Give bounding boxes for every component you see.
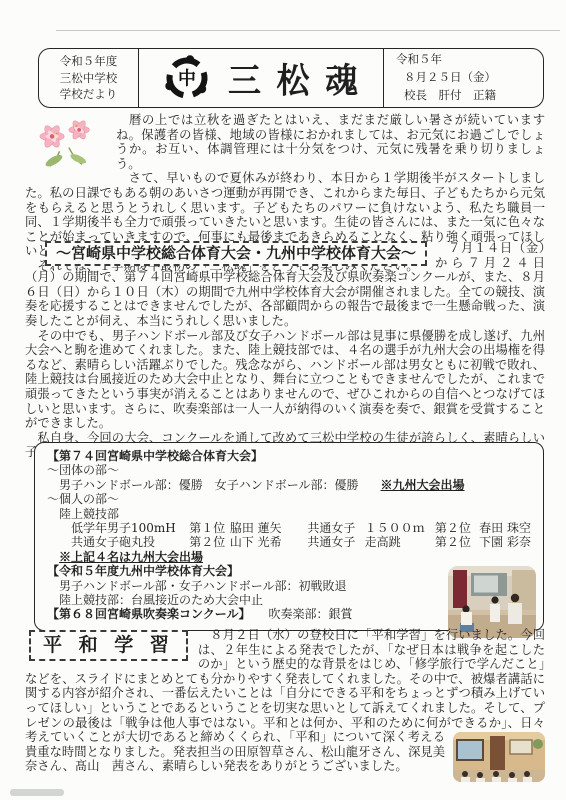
peace-section: 平 和 学 習 ８月２日（水）の登校日に「平和学習」を行いました。今回は、２年生…	[25, 628, 545, 784]
team-results-line: 男子ハンドボール部：優勝 女子ハンドボール部：優勝 ※九州大会出場	[47, 478, 531, 492]
athlete-name: 下園 彩奈	[479, 535, 531, 549]
emblem-magatama-3	[198, 85, 206, 93]
masthead-issue-info: 令和５年度 三松中学校 学校だより	[39, 49, 139, 107]
masthead: 令和５年度 三松中学校 学校だより 中 三 松 魂 令和５年 ８月２５日（金） …	[38, 48, 544, 108]
newsletter-kind: 学校だより	[60, 86, 118, 103]
athlete-name: 脇田 蓮矢	[230, 521, 308, 535]
event-name: 低学年男子100mH	[71, 521, 189, 535]
athlete-name: 春田 珠空	[479, 521, 531, 535]
era-year: 令和５年	[396, 51, 543, 69]
rank: 第２位	[189, 535, 230, 549]
team-results: 男子ハンドボール部：優勝 女子ハンドボール部：優勝	[59, 478, 359, 492]
results-box: 【第７４回宮崎県中学校総合体育大会】 ～団体の部～ 男子ハンドボール部：優勝 女…	[34, 442, 544, 631]
sports-paragraph-2: その中でも、男子ハンドボール部及び女子ハンドボール部は見事に県優勝を成し遂げ、九…	[25, 329, 545, 431]
sports-section: ～宮崎県中学校総合体育大会・九州中学校体育大会～ ７月１４日（金）から７月２４日…	[25, 241, 545, 460]
athlete-name: 山下 光希	[230, 535, 308, 549]
brassband-result: 吹奏楽部：銀賞	[269, 607, 353, 621]
emblem-magatama-2	[165, 82, 173, 90]
lily-flower-clipart	[25, 114, 109, 170]
newsletter-title: 三 松 魂	[228, 53, 360, 102]
masthead-date-principal: 令和５年 ８月２５日（金） 校長 肝付 正籍	[383, 49, 543, 107]
category: 共通女子	[307, 521, 364, 535]
result-row-2: 共通女子砲丸投 第２位 山下 光希 共通女子 走高跳 第２位 下園 彩奈	[47, 535, 531, 549]
rank: 第２位	[435, 535, 479, 549]
peace-body-2: 考えていくことが大切であると締めくくられ、「平和」について深く考える貴重な時間と…	[25, 730, 445, 773]
result-row-1: 低学年男子100mH 第１位 脇田 蓮矢 共通女子 １５００ｍ 第２位 春田 珠…	[47, 521, 531, 535]
scan-artifact-bottom	[10, 789, 64, 796]
results-heading-prefectural: 【第７４回宮崎県中学校総合体育大会】	[47, 449, 531, 463]
event-name: 共通女子砲丸投	[71, 535, 189, 549]
masthead-title-area: 中 三 松 魂	[139, 49, 383, 107]
school-name: 三松中学校	[60, 70, 118, 87]
scan-artifact-top	[56, 30, 560, 31]
issue-date: ８月２５日（金）	[396, 69, 543, 87]
sports-section-title: ～宮崎県中学校総合体育大会・九州中学校体育大会～	[45, 241, 427, 266]
club-name: 陸上競技部	[47, 507, 531, 521]
rank: 第１位	[189, 521, 230, 535]
issue-year: 令和５年度	[60, 53, 118, 70]
emblem-kanji: 中	[178, 68, 196, 90]
principal-name: 校長 肝付 正籍	[396, 87, 543, 105]
event-name: １５００ｍ	[365, 521, 435, 535]
peace-presentation-photo	[453, 732, 545, 782]
individual-division-label: ～個人の部～	[47, 492, 531, 506]
results-heading-brassband: 【第６８回宮崎県吹奏楽コンクール】	[47, 607, 251, 621]
kyushu-qualify-note: ※九州大会出場	[381, 478, 465, 492]
newsletter-page: 令和５年度 三松中学校 学校だより 中 三 松 魂 令和５年 ８月２５日（金） …	[0, 0, 566, 800]
school-emblem-icon: 中	[162, 53, 212, 103]
peace-section-title: 平 和 学 習	[29, 630, 188, 661]
event-name: 走高跳	[365, 535, 435, 549]
individual-qualify-note: ※上記４名は九州大会出場	[47, 550, 531, 564]
emblem-magatama-1	[186, 55, 194, 63]
team-division-label: ～団体の部～	[47, 463, 531, 477]
rank: 第２位	[435, 521, 479, 535]
classroom-photo-illustration	[453, 732, 545, 782]
category: 共通女子	[307, 535, 364, 549]
